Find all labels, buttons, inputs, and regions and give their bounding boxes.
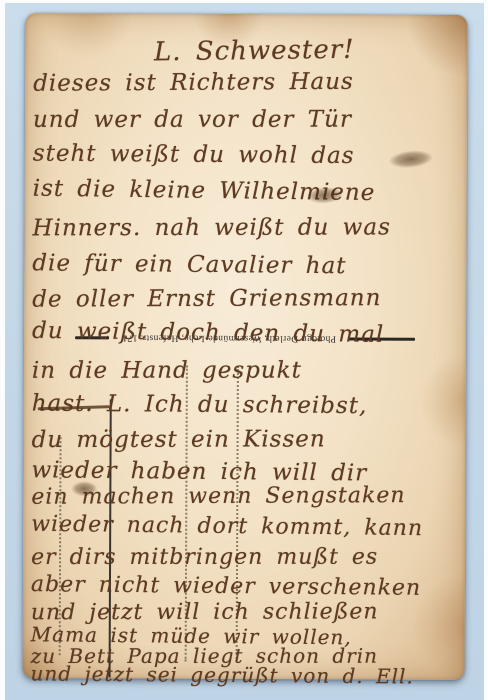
listing-photo: { "scene": { "description": "Photograph … (0, 0, 488, 700)
handwritten-line: aber nicht wieder verschenken (31, 572, 421, 601)
handwritten-line: du weißt doch den du mal (32, 318, 384, 348)
handwritten-line: steht weißt du wohl das (33, 141, 355, 170)
handwritten-line: und wer da vor der Tür (33, 107, 352, 133)
ink-smudge (71, 481, 97, 496)
handwritten-line: er dirs mitbringen mußt es (31, 545, 378, 570)
postcard: Photogr. Derleth, Wesermünde-Lehe, Hafen… (23, 13, 468, 680)
handwritten-line: du mögtest ein Kissen (32, 426, 326, 453)
handwritten-line: und jetzt sei gegrüßt von d. Ell. (30, 661, 413, 688)
handwritten-line: dieses ist Richters Haus (33, 69, 354, 97)
handwritten-line: de oller Ernst Griensmann (32, 285, 381, 313)
salutation: L. Schwester! (154, 35, 355, 68)
handwritten-line: und jetzt will ich schließen (31, 599, 379, 625)
handwritten-line: Hinners. nah weißt du was (32, 214, 390, 241)
handwritten-line: hast. L. Ich du schreibst, (32, 390, 368, 419)
ink-smudge (388, 149, 433, 170)
handwritten-line: die für ein Cavalier hat (32, 250, 346, 279)
handwritten-line: wieder nach dort kommt, kann (31, 512, 423, 541)
handwritten-line: in die Hand gespukt (32, 358, 302, 384)
